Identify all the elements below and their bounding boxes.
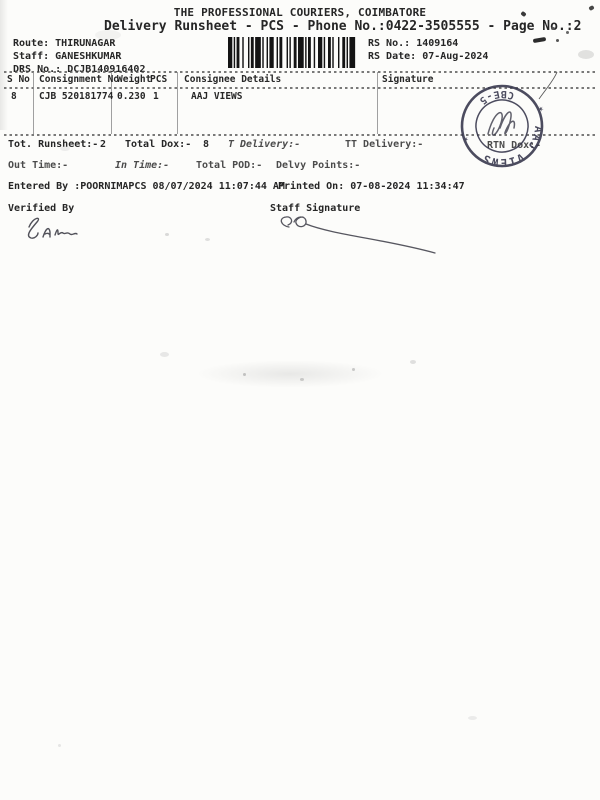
row-sno: 8 bbox=[11, 92, 17, 102]
total-pod-label: Total POD:- bbox=[196, 160, 262, 171]
column-divider bbox=[177, 72, 178, 134]
col-header-consignee: Consignee Details bbox=[184, 75, 281, 85]
scan-noise bbox=[410, 360, 416, 364]
tt-delivery-label: TT Delivery:- bbox=[345, 139, 423, 150]
total-runsheet-label: Tot. Runsheet:- bbox=[8, 139, 98, 150]
svg-text:AAJ VIEWS: AAJ VIEWS bbox=[474, 121, 555, 179]
scan-noise bbox=[160, 352, 169, 357]
scan-edge-shadow bbox=[0, 0, 8, 130]
entered-by-line: Entered By :POORNIMAPCS 08/07/2024 11:07… bbox=[8, 181, 285, 192]
route-line: Route: THIRUNAGAR bbox=[13, 38, 115, 49]
rs-date-value: 07-Aug-2024 bbox=[422, 51, 488, 62]
rs-no-line: RS No.: 1409164 bbox=[368, 38, 458, 49]
page-title: THE PROFESSIONAL COURIERS, COIMBATORE bbox=[0, 7, 600, 19]
route-value: THIRUNAGAR bbox=[55, 38, 115, 49]
rs-date-label: RS Date: bbox=[368, 51, 416, 62]
scan-noise bbox=[468, 716, 477, 720]
scanned-delivery-runsheet: THE PROFESSIONAL COURIERS, COIMBATORE De… bbox=[0, 0, 600, 800]
col-header-consignment: Consignment No bbox=[39, 75, 119, 85]
total-dox-value: 8 bbox=[203, 139, 209, 150]
scan-noise bbox=[352, 368, 355, 371]
scan-noise bbox=[533, 37, 546, 43]
col-header-signature: Signature bbox=[382, 75, 433, 85]
row-consignment: CJB 520181774 bbox=[39, 92, 113, 102]
col-header-pcs: PCS bbox=[150, 75, 167, 85]
staff-signature bbox=[272, 212, 444, 260]
scan-noise bbox=[243, 373, 246, 376]
col-header-weight: Weight bbox=[117, 75, 151, 85]
stamp-top-text: AAJ VIEWS bbox=[474, 121, 555, 179]
scan-noise bbox=[300, 378, 304, 381]
route-label: Route: bbox=[13, 38, 49, 49]
scan-noise bbox=[578, 50, 594, 59]
stamp-star-right-icon: ✶ bbox=[460, 133, 469, 145]
row-weight: 0.230 bbox=[117, 92, 146, 102]
scan-noise bbox=[205, 238, 210, 241]
rs-no-label: RS No.: bbox=[368, 38, 410, 49]
pen-stroke bbox=[539, 72, 557, 99]
column-divider bbox=[377, 72, 378, 134]
staff-label: Staff: bbox=[13, 51, 49, 62]
stamp-signature-scribble bbox=[488, 112, 514, 135]
rs-no-value: 1409164 bbox=[416, 38, 458, 49]
out-time-label: Out Time:- bbox=[8, 160, 68, 171]
scan-noise bbox=[58, 744, 61, 747]
col-header-sno: S No bbox=[7, 75, 30, 85]
aaj-views-stamp: AAJ VIEWS CBE-5 ✶ ✶ bbox=[444, 68, 584, 188]
delvy-points-label: Delvy Points:- bbox=[276, 160, 360, 171]
in-time-label: In Time:- bbox=[115, 160, 169, 171]
total-dox-label: Total Dox:- bbox=[125, 139, 191, 150]
t-delivery-label: T Delivery:- bbox=[228, 139, 300, 150]
row-pcs: 1 bbox=[153, 92, 159, 102]
column-divider bbox=[33, 72, 34, 134]
runsheet-barcode bbox=[228, 37, 358, 68]
printed-on-line: Printed On: 07-08-2024 11:34:47 bbox=[278, 181, 465, 192]
verified-by-label: Verified By bbox=[8, 203, 74, 214]
page-subtitle: Delivery Runsheet - PCS - Phone No.:0422… bbox=[104, 20, 581, 34]
scan-noise bbox=[165, 233, 169, 236]
total-runsheet-value: 2 bbox=[100, 139, 106, 150]
rs-date-line: RS Date: 07-Aug-2024 bbox=[368, 51, 488, 62]
scan-smudge bbox=[195, 360, 385, 388]
verified-by-signature bbox=[16, 214, 96, 256]
scan-noise bbox=[556, 39, 559, 42]
staff-line: Staff: GANESHKUMAR bbox=[13, 51, 121, 62]
row-consignee: AAJ VIEWS bbox=[191, 92, 242, 102]
staff-value: GANESHKUMAR bbox=[55, 51, 121, 62]
